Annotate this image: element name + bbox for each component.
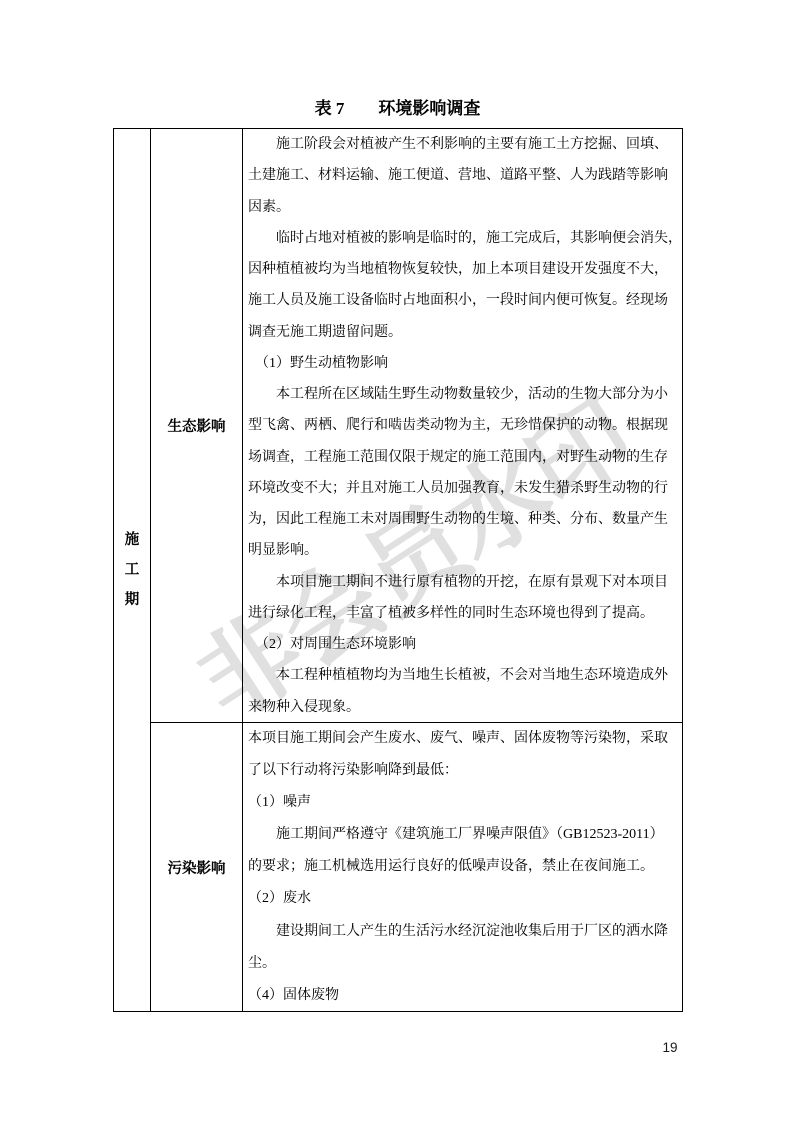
text-line: 本项目施工期间不进行原有植物的开挖，在原有景观下对本项目: [248, 567, 677, 598]
text-line: 来物种入侵现象。: [248, 692, 677, 723]
text-line: 明显影响。: [248, 535, 677, 566]
text-line: 施工阶段会对植被产生不利影响的主要有施工土方挖掘、回填、: [248, 129, 677, 160]
text-line: 环境改变不大；并且对施工人员加强教育，未发生猎杀野生动物的行: [248, 473, 677, 504]
text-line: 的要求；施工机械选用运行良好的低噪声设备，禁止在夜间施工。: [248, 851, 677, 883]
text-line: （2）废水: [248, 883, 677, 915]
category-cell-ecological: 生态影响: [151, 129, 243, 723]
table-caption: 表 7 环境影响调查: [113, 94, 682, 119]
text-line: 进行绿化工程，丰富了植被多样性的同时生态环境也得到了提高。: [248, 598, 677, 629]
text-line: 为，因此工程施工未对周围野生动物的生境、种类、分布、数量产生: [248, 504, 677, 535]
text-line: 临时占地对植被的影响是临时的，施工完成后，其影响便会消失，: [248, 223, 677, 254]
text-line: 本项目施工期间会产生废水、废气、噪声、固体废物等污染物，采取: [248, 723, 677, 755]
text-line: 施工人员及施工设备临时占地面积小，一段时间内便可恢复。经现场: [248, 285, 677, 316]
environment-impact-table: 施工期 生态影响 施工阶段会对植被产生不利影响的主要有施工土方挖掘、回填、 土建…: [113, 128, 683, 1012]
text-line: 建设期间工人产生的生活污水经沉淀池收集后用于厂区的洒水降: [248, 916, 677, 948]
pollution-impact-content-cell: 本项目施工期间会产生废水、废气、噪声、固体废物等污染物，采取 了以下行动将污染影…: [243, 723, 683, 1012]
category-cell-pollution: 污染影响: [151, 723, 243, 1012]
text-line: （4）固体废物: [248, 980, 677, 1012]
text-line: 尘。: [248, 948, 677, 980]
page-number: 19: [655, 1040, 685, 1055]
document-page: 非会员水印 表 7 环境影响调查 施工期 生态影响 施工阶段会对植被产生不利影响…: [0, 0, 793, 1122]
construction-phase-label: 施工期: [124, 525, 140, 615]
text-line: 因种植植被均为当地植物恢复较快，加上本项目建设开发强度不大，: [248, 254, 677, 285]
text-line: 土建施工、材料运输、施工便道、营地、道路平整、人为践踏等影响: [248, 160, 677, 191]
ecological-impact-content-cell: 施工阶段会对植被产生不利影响的主要有施工土方挖掘、回填、 土建施工、材料运输、施…: [243, 129, 683, 723]
text-line: 施工期间严格遵守《建筑施工厂界噪声限值》（GB12523-2011）: [248, 819, 677, 851]
text-line: 调查无施工期遗留问题。: [248, 317, 677, 348]
text-line: 场调查，工程施工范围仅限于规定的施工范围内，对野生动物的生存: [248, 442, 677, 473]
text-line: 本工程所在区域陆生野生动物数量较少，活动的生物大部分为小: [248, 379, 677, 410]
text-line: 了以下行动将污染影响降到最低：: [248, 755, 677, 787]
category-label-pollution: 污染影响: [168, 857, 226, 878]
text-line: 因素。: [248, 192, 677, 223]
category-label-ecological: 生态影响: [168, 415, 226, 436]
text-line: 型飞禽、两栖、爬行和啮齿类动物为主，无珍惜保护的动物。根据现: [248, 410, 677, 441]
text-line: （2）对周围生态环境影响: [248, 629, 677, 660]
text-line: （1）野生动植物影响: [248, 348, 677, 379]
text-line: 本工程种植植物均为当地生长植被，不会对当地生态环境造成外: [248, 660, 677, 691]
text-line: （1）噪声: [248, 787, 677, 819]
construction-phase-cell: 施工期: [114, 129, 151, 1012]
